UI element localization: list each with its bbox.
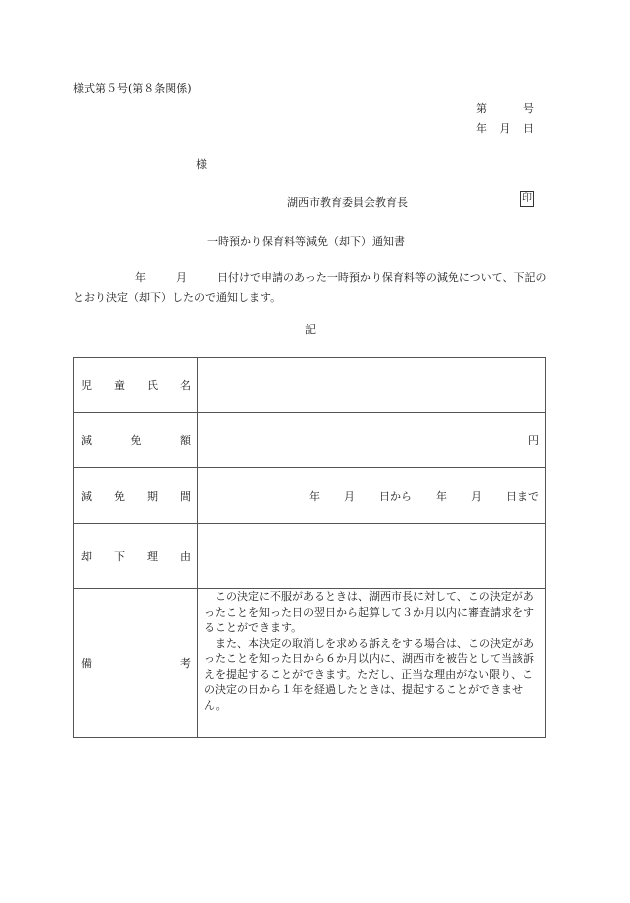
- body-year: 年: [135, 271, 146, 284]
- value-exemption-period[interactable]: 年月日から年月日まで: [198, 468, 546, 524]
- body-month: 月: [176, 271, 187, 284]
- label-exemption-amount: 減 免 額: [74, 413, 198, 468]
- remarks-paragraph-lawsuit: また、本決定の取消しを求める訴えをする場合は、この決定があったことを知った日から…: [204, 636, 539, 714]
- label-rejection-reason: 却 下 理 由: [74, 524, 198, 589]
- table-row-remarks: 備 考 この決定に不服があるときは、湖西市長に対して、この決定があったことを知っ…: [74, 589, 546, 738]
- table-row-exemption-amount: 減 免 額 円: [74, 413, 546, 468]
- document-number: 第 号: [476, 100, 534, 116]
- table-row-exemption-period: 減 免 期 間 年月日から年月日まで: [74, 468, 546, 524]
- doc-number-suffix: 号: [523, 100, 534, 116]
- date-month: 月: [500, 120, 511, 136]
- table-row-rejection-reason: 却 下 理 由: [74, 524, 546, 589]
- date-year: 年: [476, 120, 487, 136]
- seal-mark: 印: [520, 191, 534, 207]
- label-child-name: 児 童 氏 名: [74, 358, 198, 413]
- ki-heading: 記: [305, 321, 316, 337]
- yen-unit: 円: [528, 434, 539, 447]
- doc-number-prefix: 第: [476, 100, 487, 116]
- body-text: 年月日付けで申請のあった一時預かり保育料等の減免について、下記のとおり決定（却下…: [73, 268, 548, 308]
- document-date: 年 月 日: [476, 120, 534, 136]
- date-day: 日: [523, 120, 534, 136]
- issuer-name: 湖西市教育委員会教育長: [287, 194, 408, 210]
- table-row-child-name: 児 童 氏 名: [74, 358, 546, 413]
- label-remarks: 備 考: [74, 589, 198, 738]
- form-number: 様式第５号(第８条関係): [73, 80, 192, 96]
- notice-table: 児 童 氏 名 減 免 額 円 減 免 期 間 年月日か: [73, 357, 546, 738]
- value-remarks: この決定に不服があるときは、湖西市長に対して、この決定があったことを知った日の翌…: [198, 589, 546, 738]
- value-rejection-reason[interactable]: [198, 524, 546, 589]
- addressee-honorific: 様: [196, 156, 207, 172]
- value-exemption-amount[interactable]: 円: [198, 413, 546, 468]
- value-child-name[interactable]: [198, 358, 546, 413]
- document-title: 一時預かり保育料等減免（却下）通知書: [207, 233, 405, 249]
- label-exemption-period: 減 免 期 間: [74, 468, 198, 524]
- remarks-paragraph-review: この決定に不服があるときは、湖西市長に対して、この決定があったことを知った日の翌…: [204, 589, 539, 636]
